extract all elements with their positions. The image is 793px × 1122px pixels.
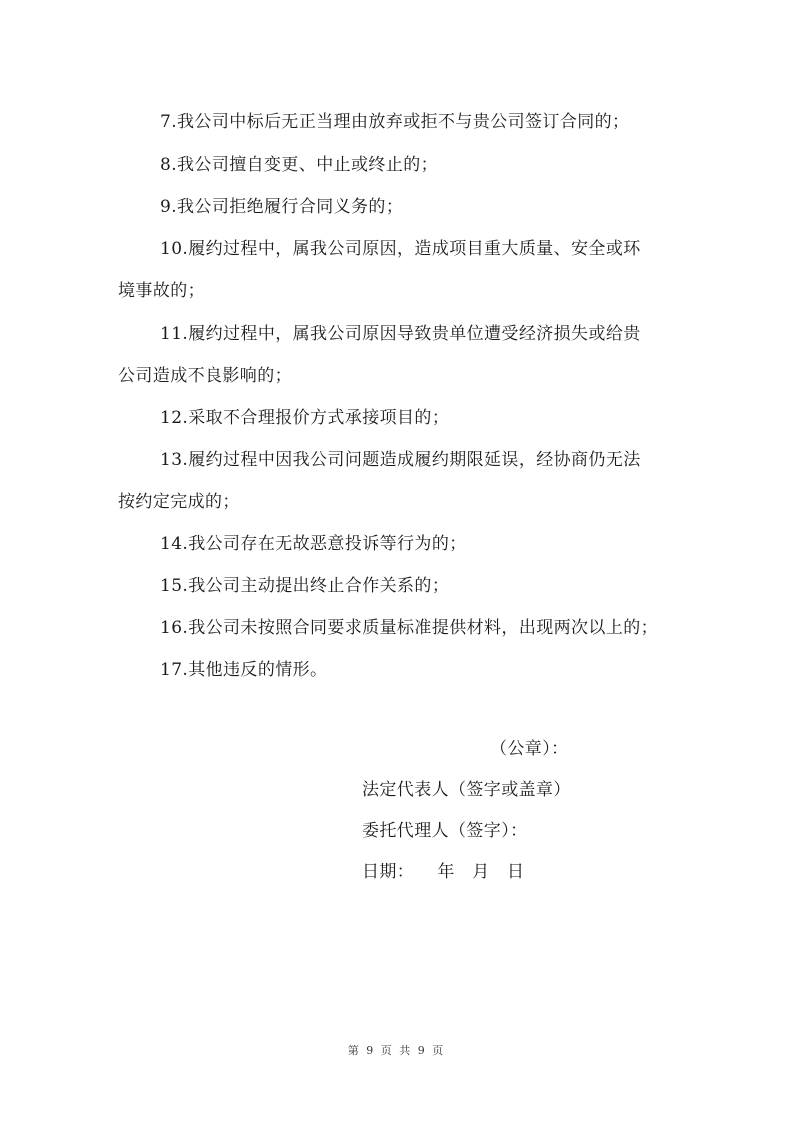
clause-11-cont: 公司造成不良影响的；	[118, 361, 292, 386]
clause-17: 17.其他违反的情形。	[160, 655, 327, 680]
clause-15: 15.我公司主动提出终止合作关系的；	[160, 571, 449, 596]
clause-16: 16.我公司未按照合同要求质量标准提供材料，出现两次以上的；	[160, 613, 658, 638]
clause-10-cont: 境事故的；	[118, 276, 205, 301]
clause-7: 7.我公司中标后无正当理由放弃或拒不与贵公司签订合同的；	[160, 107, 629, 132]
clause-10: 10.履约过程中，属我公司原因，造成项目重大质量、安全或环	[160, 234, 641, 259]
seal-label: （公章）：	[490, 734, 569, 759]
clause-13: 13.履约过程中因我公司问题造成履约期限延误，经协商仍无法	[160, 445, 641, 470]
authorized-agent-label: 委托代理人（签字）：	[362, 816, 528, 841]
clause-13-cont: 按约定完成的；	[118, 487, 240, 512]
clause-14: 14.我公司存在无故恶意投诉等行为的；	[160, 529, 467, 554]
legal-representative-label: 法定代表人（签字或盖章）	[362, 775, 571, 800]
clause-9: 9.我公司拒绝履行合同义务的；	[160, 192, 403, 217]
clause-12: 12.采取不合理报价方式承接项目的；	[160, 403, 449, 428]
document-page: 7.我公司中标后无正当理由放弃或拒不与贵公司签订合同的； 8.我公司擅自变更、中…	[0, 0, 793, 1122]
date-label: 日期： 年 月 日	[362, 857, 524, 882]
page-number: 第 9 页 共 9 页	[0, 1042, 793, 1058]
clause-11: 11.履约过程中，属我公司原因导致贵单位遭受经济损失或给贵	[160, 319, 641, 344]
clause-8: 8.我公司擅自变更、中止或终止的；	[160, 150, 438, 175]
